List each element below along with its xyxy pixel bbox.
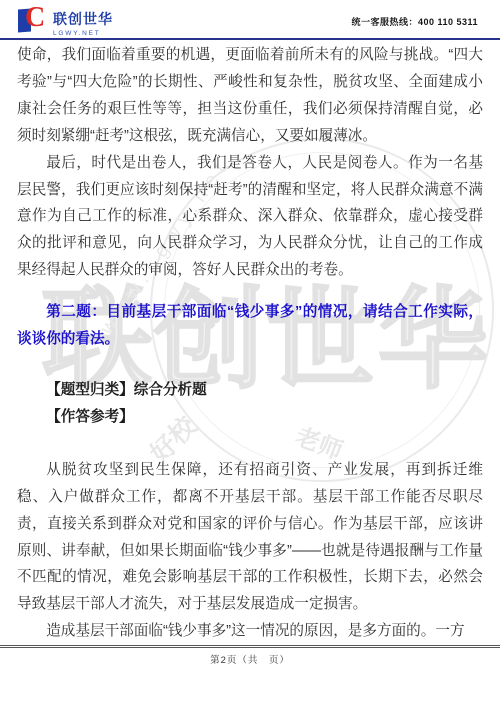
answer-reference-label: 【作答参考】 — [17, 404, 483, 431]
company-logo: C 联创世华 LGWY.NET — [17, 6, 113, 37]
paragraph-continuation: 使命，我们面临着重要的机遇，更面临着前所未有的风险与挑战。“四大考验”与“四大危… — [17, 42, 483, 150]
question-title: 第二题：目前基层干部面临“钱少事多”的情况，请结合工作实际，谈谈你的看法。 — [17, 299, 483, 353]
page-number: 第2页（共 页） — [0, 652, 500, 666]
answer-paragraph-1: 从脱贫攻坚到民生保障，还有招商引资、产业发展，再到拆迁维稳、入户做群众工作，都离… — [17, 457, 483, 618]
logo-name: 联创世华 — [53, 9, 113, 29]
header-divider — [0, 38, 500, 40]
page-footer: 第2页（共 页） — [0, 645, 500, 666]
document-page: 联创世华 www.Lgwy.net 好校 老师 C 联创世华 LGWY.NET … — [0, 0, 500, 704]
logo-text-wrap: 联创世华 LGWY.NET — [53, 6, 113, 37]
document-body: 使命，我们面临着重要的机遇，更面临着前所未有的风险与挑战。“四大考验”与“四大危… — [17, 42, 483, 645]
logo-icon: C — [17, 6, 49, 34]
answer-paragraph-2: 造成基层干部面临“钱少事多”这一情况的原因，是多方面的。一方 — [17, 618, 483, 645]
question-type-label: 【题型归类】综合分析题 — [17, 377, 483, 404]
paragraph-conclusion: 最后，时代是出卷人，我们是答卷人，人民是阅卷人。作为一名基层民警，我们更应该时刻… — [17, 150, 483, 285]
page-header: C 联创世华 LGWY.NET 统一客服热线：400 110 5311 — [0, 0, 500, 40]
logo-subtext: LGWY.NET — [53, 30, 113, 37]
logo-red-c: C — [25, 2, 45, 34]
service-hotline: 统一客服热线：400 110 5311 — [351, 15, 478, 28]
